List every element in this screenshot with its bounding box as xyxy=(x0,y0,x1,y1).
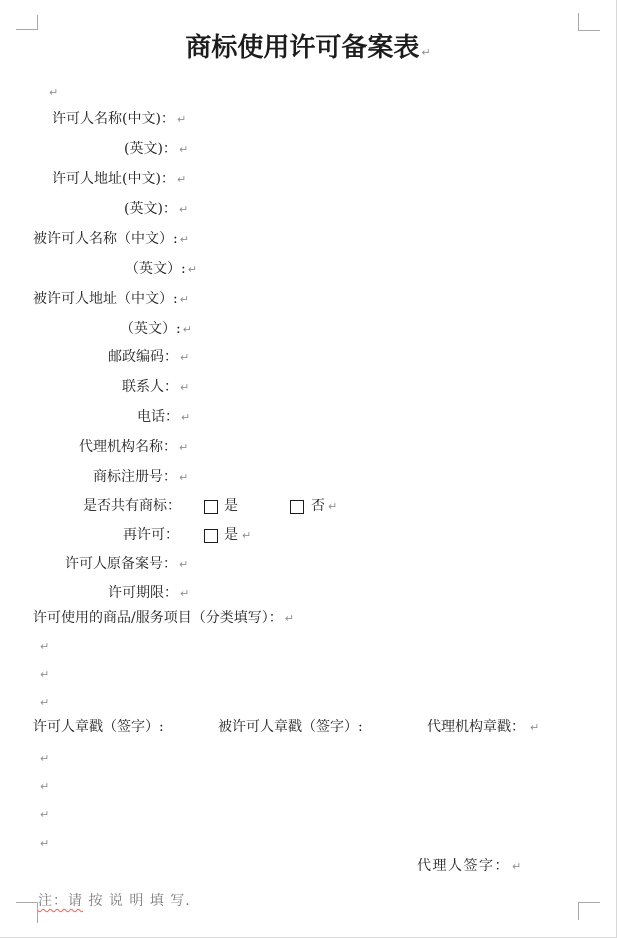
document-page: 商标使用许可备案表↵ ↵ 许可人名称(中文)：↵ (英文)：↵ 许可人地址(中文… xyxy=(0,0,617,938)
empty-paragraph: ↵ xyxy=(38,666,49,683)
paragraph-mark-icon: ↵ xyxy=(177,203,188,216)
field-label-licensor-addr-cn: 许可人地址(中文)： xyxy=(52,171,175,187)
field-label-agent-signature: 代理人签字： xyxy=(417,858,510,874)
field-label-postal-code: 邮政编码： xyxy=(108,349,178,365)
field-label-licensor-addr-en: (英文)： xyxy=(124,201,177,217)
row-licensor-name-en: (英文)：↵ xyxy=(124,141,188,158)
title-row: 商标使用许可备案表↵ xyxy=(0,33,616,68)
paragraph-mark-icon: ↵ xyxy=(419,46,430,59)
paragraph-mark-icon: ↵ xyxy=(38,780,49,793)
paragraph-mark-icon: ↵ xyxy=(178,293,189,306)
field-label-licensee-addr-cn: 被许可人地址（中文）: xyxy=(33,291,178,307)
field-label-licensor-name-en: (英文)： xyxy=(124,141,177,157)
label-shared-yes: 是 xyxy=(224,498,238,515)
field-label-license-period: 许可期限： xyxy=(108,585,178,601)
row-agent-signature: 代理人签字：↵ xyxy=(417,858,523,875)
row-licensee-addr-en: （英文）:↵ xyxy=(120,321,192,338)
field-label-sublicense: 再许可： xyxy=(123,527,179,544)
paragraph-mark-icon: ↵ xyxy=(178,587,189,600)
row-sublicense: 再许可： 是 ↵ xyxy=(0,527,616,545)
paragraph-mark-icon: ↵ xyxy=(510,860,523,873)
field-label-goods-services: 许可使用的商品/服务项目（分类填写）： xyxy=(33,610,283,626)
empty-paragraph: ↵ xyxy=(38,750,49,767)
checkbox-sublicense-yes[interactable] xyxy=(204,529,218,543)
row-trademark-reg-no: 商标注册号：↵ xyxy=(93,469,188,486)
field-label-phone: 电话： xyxy=(137,409,179,425)
crop-mark-bottom-left-icon xyxy=(16,902,38,923)
paragraph-mark-icon: ↵ xyxy=(181,323,192,336)
note-head: 注：请 xyxy=(38,893,83,909)
row-contact-person: 联系人：↵ xyxy=(122,379,189,396)
row-agency-name: 代理机构名称：↵ xyxy=(79,439,188,456)
paragraph-mark-icon: ↵ xyxy=(38,640,49,653)
paragraph-mark-icon: ↵ xyxy=(38,696,49,709)
paragraph-mark-icon: ↵ xyxy=(178,233,189,246)
paragraph-mark-icon: ↵ xyxy=(38,668,49,681)
paragraph-mark-icon: ↵ xyxy=(177,558,188,571)
row-licensee-addr-cn: 被许可人地址（中文）:↵ xyxy=(33,291,189,308)
field-label-licensee-name-en: （英文）: xyxy=(125,261,186,277)
crop-mark-top-left-icon xyxy=(16,15,38,30)
row-licensee-name-en: （英文）:↵ xyxy=(125,261,197,278)
paragraph-mark-icon: ↵ xyxy=(326,498,337,515)
field-label-shared-trademark: 是否共有商标： xyxy=(83,498,181,515)
paragraph-mark-icon: ↵ xyxy=(179,411,190,424)
paragraph-mark-icon: ↵ xyxy=(177,143,188,156)
empty-paragraph: ↵ xyxy=(38,638,49,655)
paragraph-mark-icon: ↵ xyxy=(178,381,189,394)
row-original-filing-no: 许可人原备案号：↵ xyxy=(65,556,188,573)
field-label-agency-name: 代理机构名称： xyxy=(79,439,177,455)
row-phone: 电话：↵ xyxy=(137,409,190,426)
field-label-licensor-stamp: 许可人章戳（签字）: xyxy=(33,719,164,736)
note-tail: 按 说 明 填 写. xyxy=(83,893,191,909)
field-label-original-filing-no: 许可人原备案号： xyxy=(65,556,177,572)
paragraph-mark-icon: ↵ xyxy=(175,113,186,126)
field-label-trademark-reg-no: 商标注册号： xyxy=(93,469,177,485)
label-sublicense-yes: 是 xyxy=(224,527,238,544)
paragraph-mark-icon: ↵ xyxy=(38,837,49,850)
row-note: 注：请 按 说 明 填 写. xyxy=(38,893,191,910)
paragraph-mark-icon: ↵ xyxy=(175,173,186,186)
row-license-period: 许可期限：↵ xyxy=(108,585,189,602)
empty-paragraph: ↵ xyxy=(47,84,58,101)
row-goods-services: 许可使用的商品/服务项目（分类填写）：↵ xyxy=(33,610,294,627)
empty-paragraph: ↵ xyxy=(38,778,49,795)
row-licensor-name-cn: 许可人名称(中文)：↵ xyxy=(52,111,186,128)
paragraph-mark-icon: ↵ xyxy=(528,719,539,736)
empty-paragraph: ↵ xyxy=(38,694,49,711)
checkbox-shared-yes[interactable] xyxy=(204,500,218,514)
page-title: 商标使用许可备案表 xyxy=(185,33,419,63)
paragraph-mark-icon: ↵ xyxy=(240,527,251,544)
paragraph-mark-icon: ↵ xyxy=(38,808,49,821)
row-licensee-name-cn: 被许可人名称（中文）:↵ xyxy=(33,231,189,248)
row-licensor-addr-en: (英文)：↵ xyxy=(124,201,188,218)
row-licensor-addr-cn: 许可人地址(中文)：↵ xyxy=(52,171,186,188)
field-label-licensee-addr-en: （英文）: xyxy=(120,321,181,337)
paragraph-mark-icon: ↵ xyxy=(186,263,197,276)
row-shared-trademark: 是否共有商标： 是 否 ↵ xyxy=(0,498,616,516)
field-label-licensee-name-cn: 被许可人名称（中文）: xyxy=(33,231,178,247)
paragraph-mark-icon: ↵ xyxy=(283,612,294,625)
paragraph-mark-icon: ↵ xyxy=(177,471,188,484)
field-label-agency-stamp: 代理机构章戳： xyxy=(427,719,525,736)
label-shared-no: 否 xyxy=(311,498,325,515)
empty-paragraph: ↵ xyxy=(38,835,49,852)
paragraph-mark-icon: ↵ xyxy=(178,351,189,364)
checkbox-shared-no[interactable] xyxy=(290,500,304,514)
field-label-contact-person: 联系人： xyxy=(122,379,178,395)
empty-paragraph: ↵ xyxy=(38,806,49,823)
paragraph-mark-icon: ↵ xyxy=(47,86,58,99)
crop-mark-bottom-right-icon xyxy=(578,902,600,920)
crop-mark-top-right-icon xyxy=(578,13,600,31)
field-label-licensor-name-cn: 许可人名称(中文)： xyxy=(52,111,175,127)
row-stamps: 许可人章戳（签字）: 被许可人章戳（签字）: 代理机构章戳： ↵ xyxy=(0,719,616,737)
field-label-licensee-stamp: 被许可人章戳（签字）: xyxy=(218,719,363,736)
row-postal-code: 邮政编码：↵ xyxy=(108,349,189,366)
paragraph-mark-icon: ↵ xyxy=(177,441,188,454)
paragraph-mark-icon: ↵ xyxy=(38,752,49,765)
